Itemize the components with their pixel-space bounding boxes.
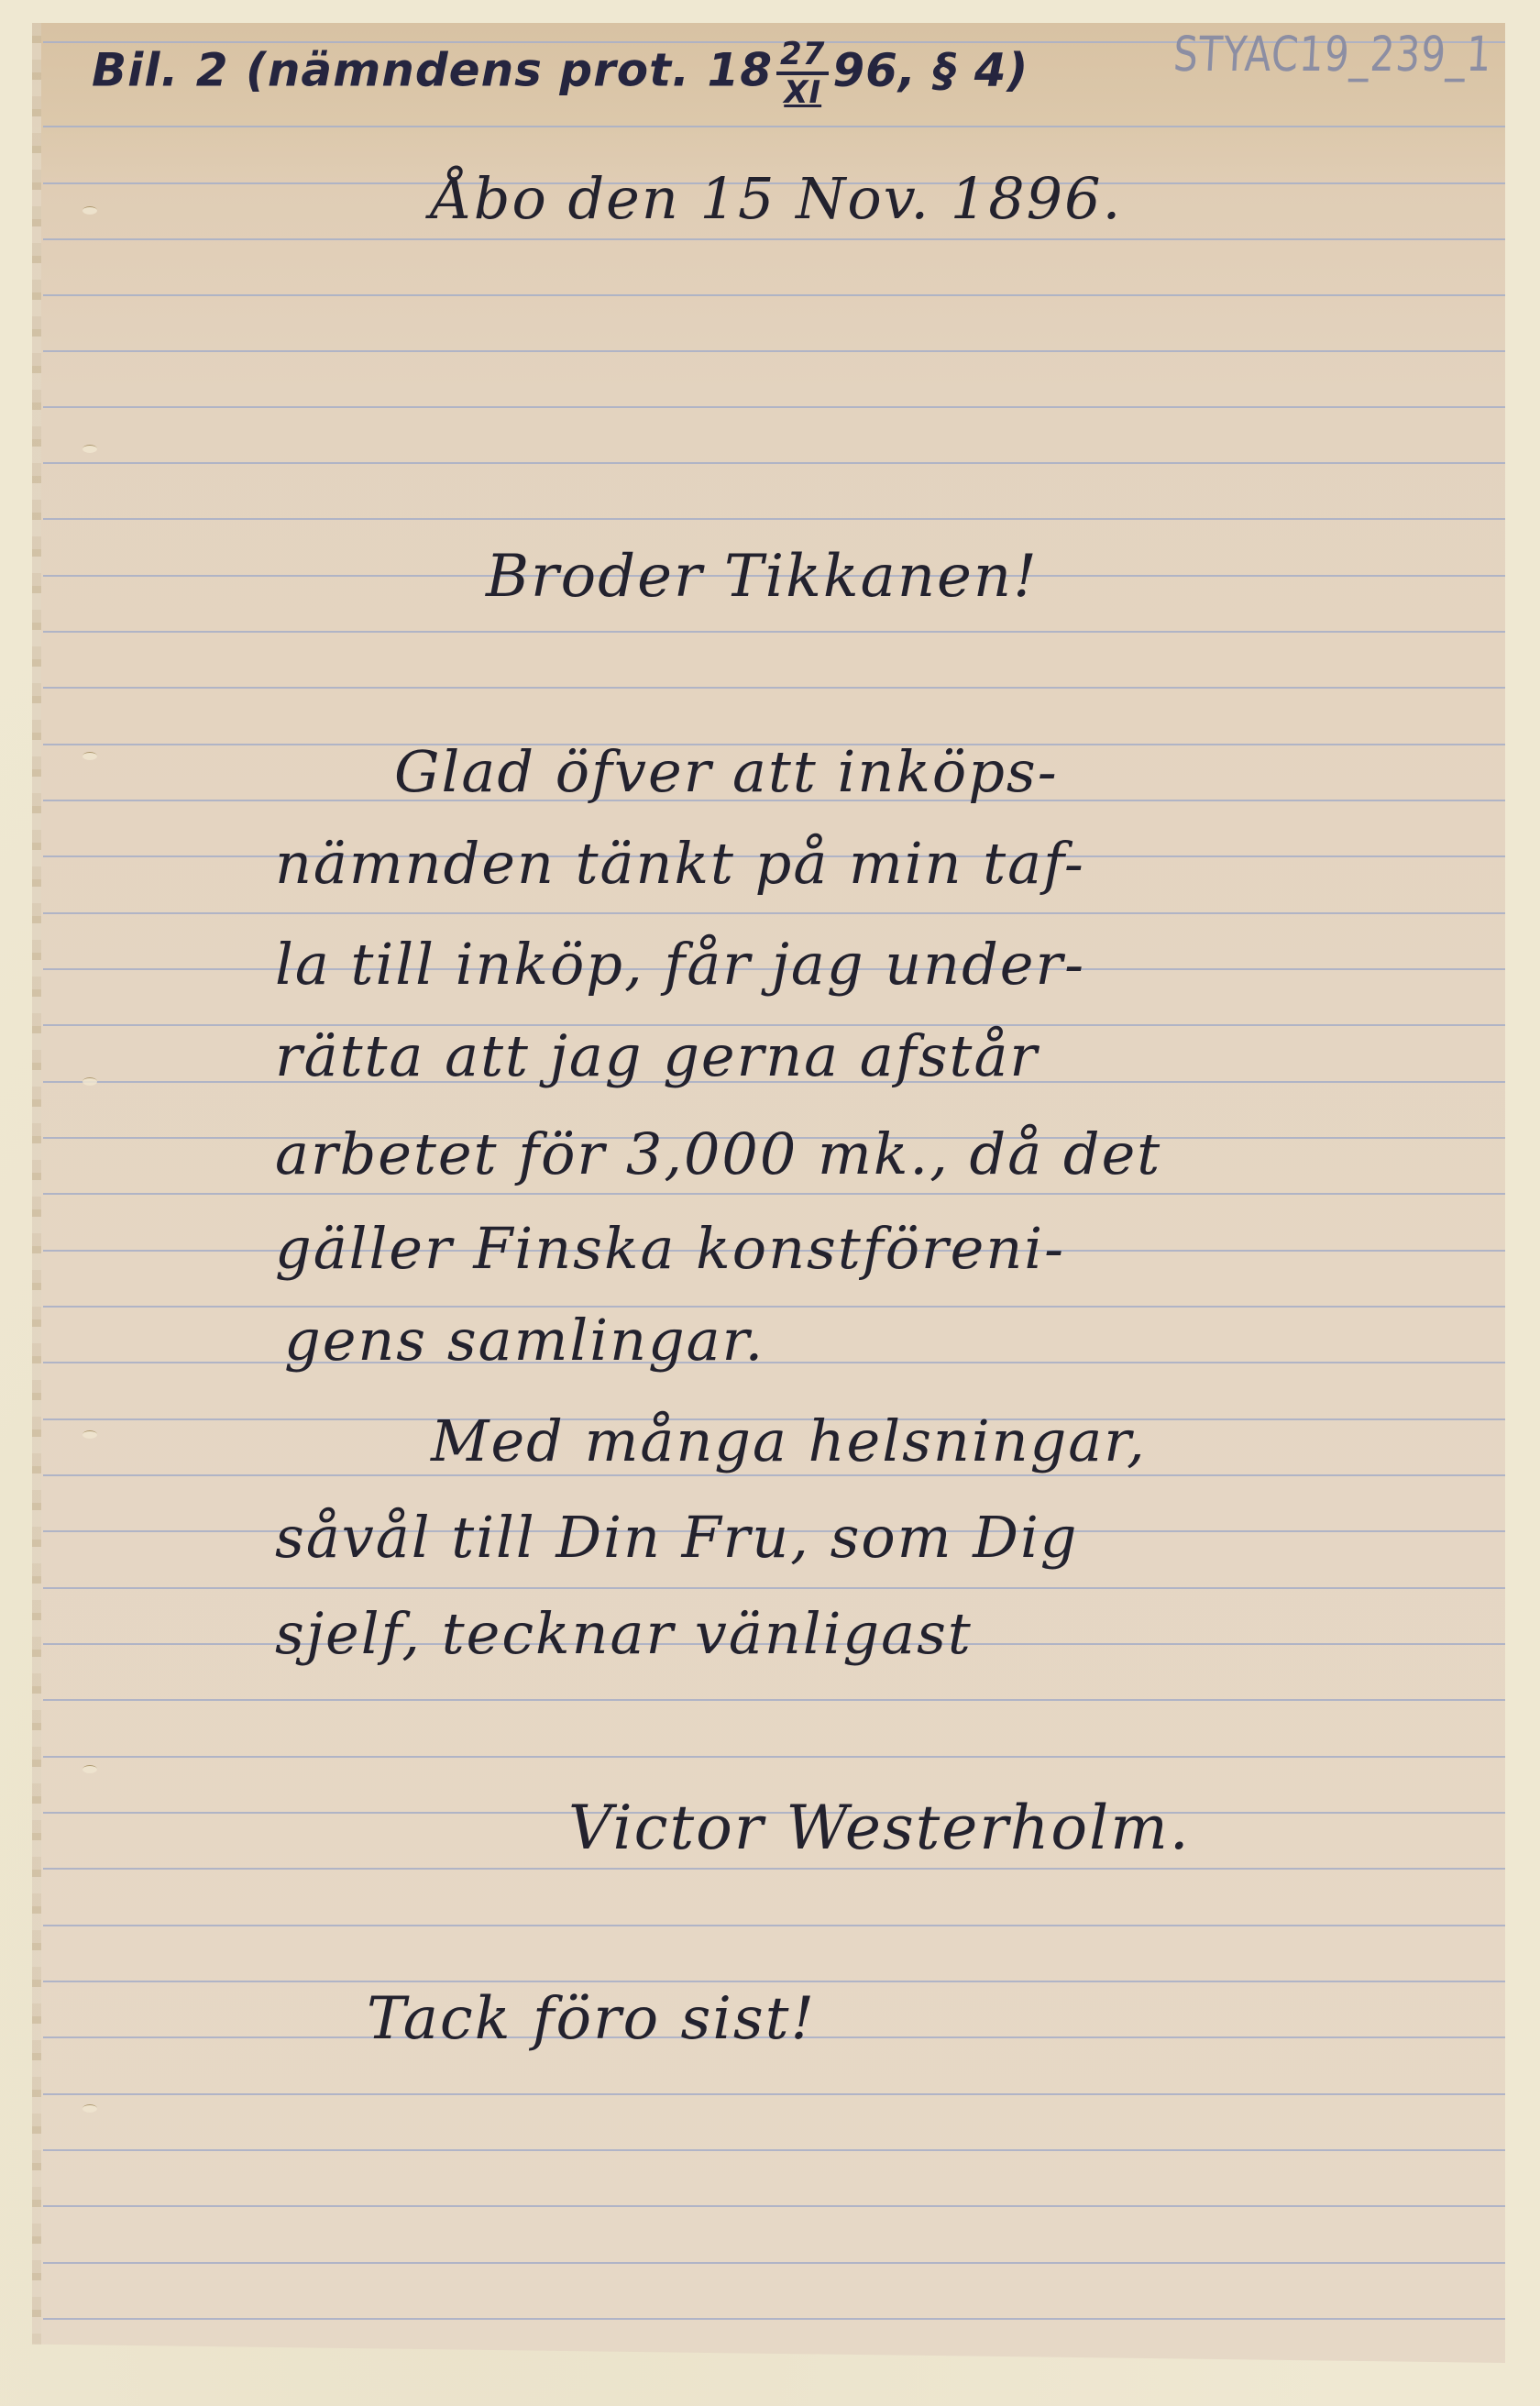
archive-id-pencil: STYAC19_239_1: [1172, 26, 1494, 82]
ruled-line: [43, 1981, 1505, 1982]
body-line: sjelf, tecknar vänligast: [275, 1600, 973, 1667]
ruled-line: [43, 1587, 1505, 1589]
ruled-line: [43, 2149, 1505, 2151]
punch-mark: [82, 2104, 97, 2113]
fraction-numerator: 27: [776, 39, 829, 75]
ruled-line: [43, 631, 1505, 633]
date-fraction: 27XI: [776, 39, 829, 108]
body-line: Med många helsningar,: [431, 1407, 1147, 1474]
place-date: Åbo den 15 Nov. 1896.: [431, 165, 1122, 232]
ruled-line: [43, 350, 1505, 352]
annotation-prefix: Bil. 2 (nämndens prot. 18: [92, 44, 773, 97]
ruled-line: [43, 2205, 1505, 2207]
postscript: Tack föro sist!: [367, 1985, 816, 2053]
ruled-line: [43, 912, 1505, 914]
body-line: gäller Finska konstföreni-: [275, 1215, 1065, 1282]
torn-left-edge: [32, 23, 41, 2363]
body-line: såvål till Din Fru, som Dig: [275, 1504, 1078, 1571]
ruled-line: [43, 687, 1505, 689]
ruled-line: [43, 1699, 1505, 1701]
ruled-line: [43, 1306, 1505, 1308]
ruled-line: [43, 2262, 1505, 2264]
punch-mark: [82, 1077, 97, 1086]
ruled-line: [43, 1756, 1505, 1758]
body-line: arbetet för 3,000 mk., då det: [275, 1120, 1161, 1187]
ruled-line: [43, 126, 1505, 127]
ruled-line: [43, 518, 1505, 520]
body-line: gens samlingar.: [284, 1307, 764, 1374]
ruled-line: [43, 1474, 1505, 1476]
ruled-line: [43, 406, 1505, 408]
signature: Victor Westerholm.: [568, 1793, 1191, 1863]
ruled-line: [43, 462, 1505, 464]
ruled-line: [43, 2093, 1505, 2095]
ruled-line: [43, 1925, 1505, 1926]
ruled-line: [43, 2318, 1505, 2320]
body-line: rätta att jag gerna afstår: [275, 1022, 1039, 1089]
annotation-suffix: 96, § 4): [832, 44, 1028, 97]
punch-mark: [82, 1765, 97, 1773]
ruled-line: [43, 1193, 1505, 1195]
attachment-annotation: Bil. 2 (nämndens prot. 1827XI96, § 4): [92, 39, 1028, 108]
punch-mark: [82, 1430, 97, 1439]
ruled-line: [43, 1868, 1505, 1870]
fraction-denominator: XI: [776, 75, 829, 108]
ruled-line: [43, 1362, 1505, 1363]
body-line: Glad öfver att inköps-: [394, 738, 1059, 805]
punch-mark: [82, 206, 97, 215]
ruled-line: [43, 238, 1505, 240]
punch-mark: [82, 752, 97, 760]
body-line: nämnden tänkt på min taf-: [275, 830, 1085, 897]
ruled-line: [43, 294, 1505, 296]
salutation: Broder Tikkanen!: [486, 543, 1039, 611]
body-line: la till inköp, får jag under-: [275, 931, 1085, 998]
punch-mark: [82, 445, 97, 453]
